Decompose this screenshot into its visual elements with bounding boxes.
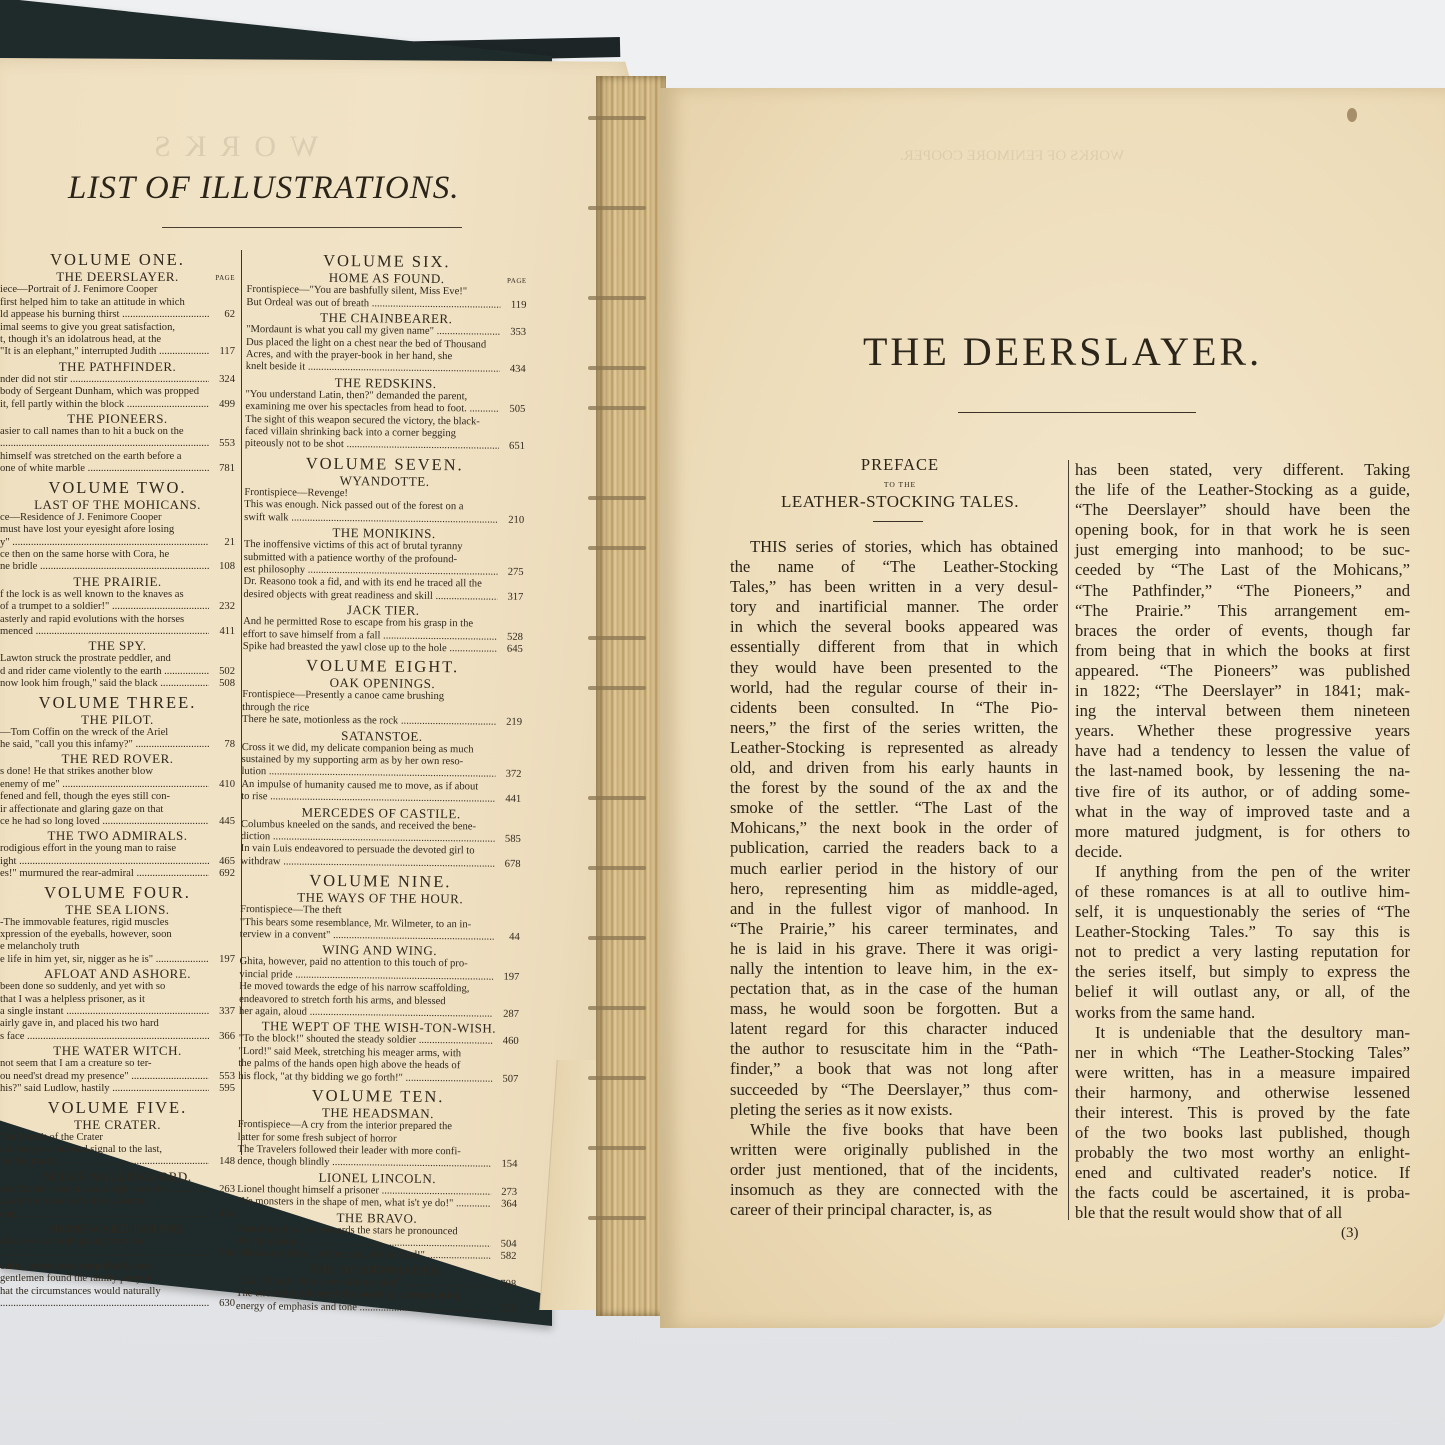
illustration-page-number: 708	[490, 1278, 516, 1291]
illustration-page-number: 21	[209, 537, 235, 549]
illustration-page-number: 44	[494, 932, 520, 945]
illustration-caption: asterly and rapid evolutions with the ho…	[0, 614, 209, 626]
illustration-caption: ied the match	[0, 1156, 209, 1168]
illustration-page-number: 499	[209, 399, 235, 411]
illustration-entry: hat the circumstances would naturally	[0, 1286, 235, 1298]
preface-line: insomuch as they are connected with the	[730, 1180, 1058, 1200]
illustration-entry: -The immovable features, rigid muscles	[0, 917, 235, 929]
illustration-caption: e life in him yet, sir, nigger as he is"	[0, 954, 209, 966]
binding-thread	[588, 636, 646, 640]
illustration-caption: The hermit of the Crater	[0, 1132, 209, 1144]
preface-line: ing the interval between them nineteen	[1075, 701, 1410, 721]
illustration-entry: "It is an elephant," interrupted Judith1…	[0, 346, 235, 358]
book-title: AFLOAT AND ASHORE.	[0, 966, 235, 981]
illustration-caption: ce then on the same horse with Cora, he	[0, 549, 209, 561]
preface-line: order just mentioned, that of the incide…	[730, 1160, 1058, 1180]
preface-line: latent regard for this character induced	[730, 1019, 1058, 1039]
illustration-page-number: 324	[209, 374, 235, 386]
bleed-through-header: WORKS	[140, 130, 318, 164]
illustration-page-number: 582	[490, 1251, 516, 1264]
illustration-page-number: 416	[209, 1209, 235, 1221]
illustration-caption: ld appease his burning thirst	[0, 309, 209, 321]
binding-thread	[588, 296, 646, 300]
illustration-entry: gentlemen found the family party in	[0, 1273, 235, 1285]
preface-line: have had a tendency to lessen the value …	[1075, 741, 1410, 761]
preface-line: opening book, for in that work he is see…	[1075, 520, 1410, 540]
illustration-page-number: 441	[495, 794, 521, 807]
preface-heading: PREFACE	[735, 455, 1065, 475]
illustration-entry: ied the match148	[0, 1156, 235, 1168]
preface-line: “The Prairie,” his career terminates, an…	[730, 919, 1058, 939]
illustration-caption: dence, though blindly	[237, 1156, 491, 1171]
illustration-page-number: 108	[209, 561, 235, 573]
preface-line: mass, he would soon be forgotten. But a	[730, 999, 1058, 1019]
illustration-caption: f the lock is as well known to the knave…	[0, 589, 209, 601]
illustration-caption: ade the preconcerted signal to the last,	[0, 1144, 209, 1156]
illustration-caption	[0, 1248, 209, 1260]
illustration-entry: body of Sergeant Dunham, which was propp…	[0, 386, 235, 398]
illustration-caption	[0, 438, 209, 450]
illustration-caption: iece—Portrait of J. Fenimore Cooper	[0, 284, 209, 296]
preface-line: not to predict a very lasting reputation…	[1075, 942, 1410, 962]
binding-thread	[588, 1006, 646, 1010]
preface-line: appeared. “The Pioneers” was published	[1075, 661, 1410, 681]
illustration-page-number: 210	[498, 514, 524, 527]
illustration-caption: s face	[0, 1031, 209, 1043]
volume-heading: VOLUME FIVE.	[0, 1098, 235, 1117]
preface-line: braces the order of events, though far	[1075, 621, 1410, 641]
book-title: THE PATHFINDER.	[0, 359, 235, 374]
book-title: THE CRATER.	[0, 1117, 235, 1132]
illustration-entry: must have lost your eyesight afore losin…	[0, 524, 235, 536]
preface-line: they would have been presented to the	[730, 658, 1058, 678]
illustration-caption: a single instant	[0, 1006, 209, 1018]
preface-line: career of their principal character, is,…	[730, 1200, 1058, 1220]
preface-line: finder,” a book that was not long after	[730, 1059, 1058, 1079]
preface-line: It is undeniable that the desultory man-	[1075, 1023, 1410, 1043]
preface-line: the last-named book, by lessening the na…	[1075, 761, 1410, 781]
illustration-entry: iece—Portrait of J. Fenimore Cooper	[0, 284, 235, 296]
preface-line: smoke of the settler. “The Last of the	[730, 798, 1058, 818]
preface-line: belief it will outlast any, or all, of t…	[1075, 982, 1410, 1002]
preface-line: publication, carried the readers back to…	[730, 838, 1058, 858]
preface-line: “The Prairie.” This arrangement em-	[1075, 601, 1410, 621]
preface-line: nally the intention to leave him, in the…	[730, 959, 1058, 979]
illustration-entry: ade the preconcerted signal to the last,	[0, 1144, 235, 1156]
illustration-caption: e melancholy truth	[0, 941, 209, 953]
illustration-entry: aused the blood to rush in a torrent	[0, 1196, 235, 1208]
preface-series-title: LEATHER-STOCKING TALES.	[735, 492, 1065, 512]
preface-line: Leather-Stocking Tales.” To say this is	[1075, 922, 1410, 942]
preface-line: has been stated, very different. Taking	[1075, 460, 1410, 480]
binding-thread	[588, 546, 646, 550]
illustration-entry: imal seems to give you great satisfactio…	[0, 322, 235, 334]
preface-line: more matured judgment, is for others to	[1075, 822, 1410, 842]
title-rule	[162, 227, 462, 228]
illustration-caption: asier to call names than to hit a buck o…	[0, 426, 209, 438]
illustration-page-number: 553	[209, 1071, 235, 1083]
illustration-page-number: 502	[209, 666, 235, 678]
illustration-caption: menced	[0, 626, 209, 638]
illustration-page-number: 781	[209, 463, 235, 475]
illustration-caption: now look him frough," said the black	[0, 678, 209, 690]
illustration-caption: not seem that I am a creature so ter-	[0, 1058, 209, 1070]
preface-line: ner in which “The Leather-Stocking Tales…	[1075, 1043, 1410, 1063]
illustration-entry: Lawton struck the prostrate peddler, and	[0, 653, 235, 665]
illustration-page-number: 729	[490, 1303, 516, 1316]
illustration-page-number: 119	[500, 299, 526, 312]
illustration-entry: his flock, "at thy bidding we go forth!"…	[238, 1071, 518, 1086]
illustration-caption: ne bridle	[0, 561, 209, 573]
illustration-page-number: 508	[209, 678, 235, 690]
illustration-page-number: 651	[499, 441, 525, 454]
illustration-entry: he said, "call you this infamy?"78	[0, 739, 235, 751]
illustration-page-number: 219	[496, 717, 522, 730]
list-of-illustrations-title: LIST OF ILLUSTRATIONS.	[68, 170, 460, 207]
illustration-page-number: 507	[492, 1073, 518, 1086]
preface-line: the name of “The Leather-Stocking	[730, 557, 1058, 577]
illustration-entry: eart416	[0, 1209, 235, 1221]
illustration-entry: been done so suddenly, and yet with so	[0, 981, 235, 993]
binding-thread	[588, 406, 646, 410]
preface-line: the author to resuscitate him in the “Pa…	[730, 1039, 1058, 1059]
illustration-caption: Lawton struck the prostrate peddler, and	[0, 653, 209, 665]
preface-rule	[873, 521, 923, 522]
binding-thread	[588, 206, 646, 210]
illustration-page-number: 275	[498, 567, 524, 580]
illustration-caption: ight	[0, 856, 209, 868]
illustration-page-number: 678	[494, 858, 520, 871]
illustration-page-number: 411	[209, 626, 235, 638]
illustration-caption: cabin, where both immediately hast-	[0, 1261, 209, 1273]
illustration-caption: eart	[0, 1209, 209, 1221]
book-title: THE PILOT.	[0, 712, 235, 727]
illustration-page-number: 505	[499, 404, 525, 417]
illustration-page-number: 232	[209, 601, 235, 613]
illustration-caption: one of white marble	[0, 463, 209, 475]
book-title: THE WATER WITCH.	[0, 1043, 235, 1058]
illustration-caption: "It is an elephant," interrupted Judith	[0, 346, 209, 358]
illustration-caption: "Ye monsters in the shape of men, what i…	[237, 1196, 491, 1211]
preface-line: hero, representing him as middle-aged,	[730, 879, 1058, 899]
book-title: THE SEA LIONS.	[0, 902, 235, 917]
book-title: THE TWO ADMIRALS.	[0, 828, 235, 843]
preface-line: tory and inartificial manner. The order	[730, 597, 1058, 617]
illustration-page-number: 598	[209, 1248, 235, 1260]
illustration-caption: d and rider came violently to the earth	[0, 666, 209, 678]
illustration-caption: that I was a helpless prisoner, as it	[0, 994, 209, 1006]
illustration-entry: asier to call names than to hit a buck o…	[0, 426, 235, 438]
illustration-caption: —Tom Coffin on the wreck of the Ariel	[0, 727, 209, 739]
illustration-entry: of a trumpet to a soldier!"232	[0, 601, 235, 613]
preface-line: in 1822; “The Deerslayer” in 1841; mak-	[1075, 681, 1410, 701]
preface-line: THIS series of stories, which has obtain…	[730, 537, 1058, 557]
book-title: THE DEERSLAYER.	[863, 328, 1262, 375]
preface-line: the forest by the sound of the ax and th…	[730, 778, 1058, 798]
illustration-entry: it, fell partly within the block499	[0, 399, 235, 411]
illustration-page-number: 117	[209, 346, 235, 358]
book-title: LAST OF THE MOHICANS.	[0, 497, 235, 512]
book-title: THE PIONEERS.	[0, 411, 235, 426]
illustration-page-number: 692	[209, 868, 235, 880]
illustration-entry: nder did not stir324	[0, 374, 235, 386]
preface-line: ble that the result would show that of a…	[1075, 1203, 1410, 1223]
illustrations-column-a: VOLUME ONE.THE DEERSLAYER.PAGEiece—Portr…	[0, 248, 235, 1310]
illustration-entry: asterly and rapid evolutions with the ho…	[0, 614, 235, 626]
illustration-entry: ce—Residence of J. Fenimore Cooper	[0, 512, 235, 524]
ink-stain	[1347, 108, 1357, 122]
illustration-page-number: 154	[491, 1159, 517, 1172]
preface-line: “The Pathfinder,” “The Pioneers,” and	[1075, 581, 1410, 601]
illustration-caption: must have lost your eyesight afore losin…	[0, 524, 209, 536]
illustration-caption: s done! He that strikes another blow	[0, 766, 209, 778]
illustration-entry: t, though it's an idolatrous head, at th…	[0, 334, 235, 346]
book-title: THE PRAIRIE.	[0, 574, 235, 589]
illustration-entry: piteously not to be shot651	[245, 438, 525, 453]
book-spine-stitching	[596, 76, 666, 1316]
illustration-page-number: 263	[209, 1184, 235, 1196]
illustration-page-number: 317	[497, 591, 523, 604]
illustration-page-number: 78	[209, 739, 235, 751]
book-title: THE RED ROVER.	[0, 751, 235, 766]
illustration-entry: a single instant337	[0, 1006, 235, 1018]
illustration-entry: one of white marble781	[0, 463, 235, 475]
illustration-caption: enemy of me"	[0, 779, 209, 791]
illustration-caption: of a trumpet to a soldier!"	[0, 601, 209, 613]
volume-heading: VOLUME THREE.	[0, 693, 235, 712]
illustration-page-number: 465	[209, 856, 235, 868]
illustration-entry: ld appease his burning thirst62	[0, 309, 235, 321]
illustration-caption: ou need'st dread my presence"	[0, 1071, 209, 1083]
illustration-entry: himself was stretched on the earth befor…	[0, 451, 235, 463]
illustration-caption: -The immovable features, rigid muscles	[0, 917, 209, 929]
illustration-caption: withdraw	[241, 856, 495, 871]
illustration-caption: himself was stretched on the earth befor…	[0, 451, 209, 463]
illustration-caption: his?" said Ludlow, hastily	[0, 1083, 209, 1095]
page-number: (3)	[1341, 1225, 1359, 1242]
illustration-entry: e life in him yet, sir, nigger as he is"…	[0, 954, 235, 966]
illustration-caption: gentlemen found the family party in	[0, 1273, 209, 1285]
illustration-caption: y"	[0, 537, 209, 549]
preface-line: tive fire of its author, or of adding so…	[1075, 782, 1410, 802]
illustration-page-number: 287	[493, 1009, 519, 1022]
binding-thread	[588, 686, 646, 690]
illustration-entry: ce then on the same horse with Cora, he	[0, 549, 235, 561]
illustration-entry: e melancholy truth	[0, 941, 235, 953]
illustration-entry: energy of emphasis and tone729	[236, 1301, 516, 1316]
illustration-caption: There he sate, motionless as the rock	[242, 714, 496, 729]
illustration-entry: —Tom Coffin on the wreck of the Ariel	[0, 727, 235, 739]
preface-line: the facts could be ascertained, it is pr…	[1075, 1183, 1410, 1203]
column-divider	[1068, 460, 1069, 1220]
binding-thread	[588, 1146, 646, 1150]
preface-line: Leather-Stocking is represented as alrea…	[730, 738, 1058, 758]
preface-line: neers,” the first of the series written,…	[730, 718, 1058, 738]
binding-thread	[588, 796, 646, 800]
book-photo-scene: WORKS LIST OF ILLUSTRATIONS. VOLUME ONE.…	[0, 0, 1445, 1445]
illustration-page-number: 553	[209, 438, 235, 450]
preface-line: just emerging into manhood; to be suc-	[1075, 540, 1410, 560]
preface-line: of these romances is at all to outlive h…	[1075, 882, 1410, 902]
preface-column-left: THIS series of stories, which has obtain…	[730, 537, 1058, 1220]
illustration-entry: ight465	[0, 856, 235, 868]
illustration-caption: body of Sergeant Dunham, which was propp…	[0, 386, 209, 398]
illustration-entry: menced411	[0, 626, 235, 638]
illustration-entry: cabin, where both immediately hast-	[0, 1261, 235, 1273]
illustration-entry: s done! He that strikes another blow	[0, 766, 235, 778]
binding-thread	[588, 866, 646, 870]
illustration-entry: rodigious effort in the young man to rai…	[0, 843, 235, 855]
preface-line: While the five books that have been	[730, 1120, 1058, 1140]
illustration-page-number: 62	[209, 309, 235, 321]
preface-column-right: has been stated, very different. Takingt…	[1075, 460, 1410, 1224]
illustration-page-number: 645	[497, 644, 523, 657]
title-rule	[958, 412, 1196, 413]
illustration-caption: rodigious effort in the young man to rai…	[0, 843, 209, 855]
illustration-page-number: 630	[209, 1298, 235, 1310]
illustration-entry: ce he had so long loved445	[0, 816, 235, 828]
illustration-caption: fened and fell, though the eyes still co…	[0, 791, 209, 803]
illustration-caption: his flock, "at thy bidding we go forth!"	[238, 1071, 492, 1086]
illustration-entry: now look him frough," said the black508	[0, 678, 235, 690]
preface-line: world, had the regular course of their i…	[730, 678, 1058, 698]
preface-line: decide.	[1075, 842, 1410, 862]
preface-line: the series itself, but simply to express…	[1075, 962, 1410, 982]
illustration-caption: aused the blood to rush in a torrent	[0, 1196, 209, 1208]
preface-line: their interest. This is proved by the fa…	[1075, 1103, 1410, 1123]
illustration-entry: ou need'st dread my presence"553	[0, 1071, 235, 1083]
preface-line: cidents been consulted. In “The Pio-	[730, 698, 1058, 718]
illustration-entry: om Marble's throat, and a sight met my26…	[0, 1184, 235, 1196]
illustration-page-number: 595	[209, 1083, 235, 1095]
illustration-page-number: 410	[209, 779, 235, 791]
illustration-caption: es!" murmured the rear-admiral	[0, 868, 209, 880]
illustration-entry: y"21	[0, 537, 235, 549]
preface-line: ened and cultivated reader's notice. If	[1075, 1163, 1410, 1183]
illustration-caption: of an eye an Arab sprang from the	[0, 1236, 209, 1248]
illustration-page-number: 353	[500, 327, 526, 340]
preface-line: If anything from the pen of the writer	[1075, 862, 1410, 882]
binding-thread	[588, 1076, 646, 1080]
volume-heading: VOLUME ONE.	[0, 250, 235, 269]
illustration-entry: 553	[0, 438, 235, 450]
illustrations-column-b: VOLUME SIX.HOME AS FOUND.PAGEFrontispiec…	[236, 248, 527, 1316]
illustration-caption: nder did not stir	[0, 374, 209, 386]
book-title: HOMEWARD BOUND.	[0, 1221, 235, 1236]
preface-line: Tales,” has been written in a very desul…	[730, 577, 1058, 597]
preface-line: pleting the series as it now exists.	[730, 1100, 1058, 1120]
illustration-page-number: 372	[495, 769, 521, 782]
preface-line: “The Deerslayer” should have been the	[1075, 500, 1410, 520]
illustration-entry: first helped him to take an attitude in …	[0, 297, 235, 309]
illustration-caption	[0, 1298, 209, 1310]
preface-line: were written, has in a measure impaired	[1075, 1063, 1410, 1083]
preface-line: succeeded by “The Deerslayer,” thus com-	[730, 1080, 1058, 1100]
illustration-caption: to rise	[241, 791, 495, 806]
book-title: MILES WALLINGFORD.	[0, 1169, 235, 1184]
volume-heading: VOLUME FOUR.	[0, 883, 235, 902]
binding-thread	[588, 936, 646, 940]
illustration-caption: airly gave in, and placed his two hard	[0, 1018, 209, 1030]
binding-thread	[588, 366, 646, 370]
preface-line: pectation that, as in the case of the hu…	[730, 979, 1058, 999]
binding-thread	[588, 496, 646, 500]
preface-line: probably the two most worthy an enlight-	[1075, 1143, 1410, 1163]
illustration-caption: been done so suddenly, and yet with so	[0, 981, 209, 993]
illustration-caption: he said, "call you this infamy?"	[0, 739, 209, 751]
illustration-caption: ce he had so long loved	[0, 816, 209, 828]
preface-line: self, it is unquestionably the series of…	[1075, 902, 1410, 922]
illustration-page-number: 197	[493, 971, 519, 984]
illustration-entry: fened and fell, though the eyes still co…	[0, 791, 235, 803]
illustration-entry: not seem that I am a creature so ter-	[0, 1058, 235, 1070]
bleed-through-header: WORKS OF FENIMORE COOPER.	[900, 146, 1124, 166]
preface-line: much earlier period in the history of ou…	[730, 859, 1058, 879]
illustration-page-number: 148	[209, 1156, 235, 1168]
illustration-page-number: 585	[495, 834, 521, 847]
preface-subheading: TO THE	[735, 480, 1065, 489]
illustration-entry: es!" murmured the rear-admiral692	[0, 868, 235, 880]
illustration-page-number: 434	[500, 364, 526, 377]
preface-line: the life of the Leather-Stocking as a gu…	[1075, 480, 1410, 500]
illustration-caption: first helped him to take an attitude in …	[0, 297, 209, 309]
illustration-entry: that I was a helpless prisoner, as it	[0, 994, 235, 1006]
preface-line: years. Whether these progressive years	[1075, 721, 1410, 741]
binding-thread	[588, 1216, 646, 1220]
illustration-entry: his?" said Ludlow, hastily595	[0, 1083, 235, 1095]
illustration-caption: energy of emphasis and tone	[236, 1301, 490, 1316]
illustration-caption: knelt beside it	[246, 361, 500, 376]
illustration-entry: ne bridle108	[0, 561, 235, 573]
illustration-entry: ir affectionate and glaring gaze on that	[0, 804, 235, 816]
illustration-page-number: 197	[209, 954, 235, 966]
illustration-entry: 630	[0, 1298, 235, 1310]
illustration-page-number: 460	[493, 1036, 519, 1049]
illustration-entry: The hermit of the Crater	[0, 1132, 235, 1144]
illustration-entry: enemy of me"410	[0, 779, 235, 791]
illustration-page-number: 445	[209, 816, 235, 828]
preface-line: old, and driven from his early haunts in	[730, 758, 1058, 778]
preface-line: their harmony, and otherwise lessened	[1075, 1083, 1410, 1103]
illustration-entry: of an eye an Arab sprang from the	[0, 1236, 235, 1248]
illustration-caption: ir affectionate and glaring gaze on that	[0, 804, 209, 816]
illustration-entry: airly gave in, and placed his two hard	[0, 1018, 235, 1030]
illustration-page-number: 337	[209, 1006, 235, 1018]
illustration-page-number: 504	[491, 1239, 517, 1252]
illustration-caption: imal seems to give you great satisfactio…	[0, 322, 209, 334]
illustration-caption: piteously not to be shot	[245, 438, 499, 453]
preface-line: essentially different from that in which	[730, 637, 1058, 657]
illustration-entry: withdraw678	[241, 856, 521, 871]
illustration-caption: Spike had breasted the yawl close up to …	[243, 641, 497, 656]
illustration-caption: t, though it's an idolatrous head, at th…	[0, 334, 209, 346]
preface-line: ceeded by “The Last of the Mohicans,”	[1075, 560, 1410, 580]
illustration-caption: xpression of the eyeballs, however, soon	[0, 929, 209, 941]
illustration-caption: "Maria undefiled, and her son, who is Go…	[236, 1248, 490, 1263]
preface-line: works from the same hand.	[1075, 1003, 1410, 1023]
preface-line: written were originally published in the	[730, 1140, 1058, 1160]
illustration-page-number: 528	[497, 631, 523, 644]
illustration-caption: ce—Residence of J. Fenimore Cooper	[0, 512, 209, 524]
illustration-entry: Spike had breasted the yawl close up to …	[243, 641, 523, 656]
preface-line: from being that in which the books at fi…	[1075, 641, 1410, 661]
preface-line: Mohicans,” the next book in the order of	[730, 818, 1058, 838]
preface-line: in which the several books appeared was	[730, 617, 1058, 637]
book-title: THE SPY.	[0, 638, 235, 653]
volume-heading: VOLUME TWO.	[0, 478, 235, 497]
preface-line: what in the way of improved taste and a	[1075, 802, 1410, 822]
illustration-page-number: 364	[491, 1199, 517, 1212]
